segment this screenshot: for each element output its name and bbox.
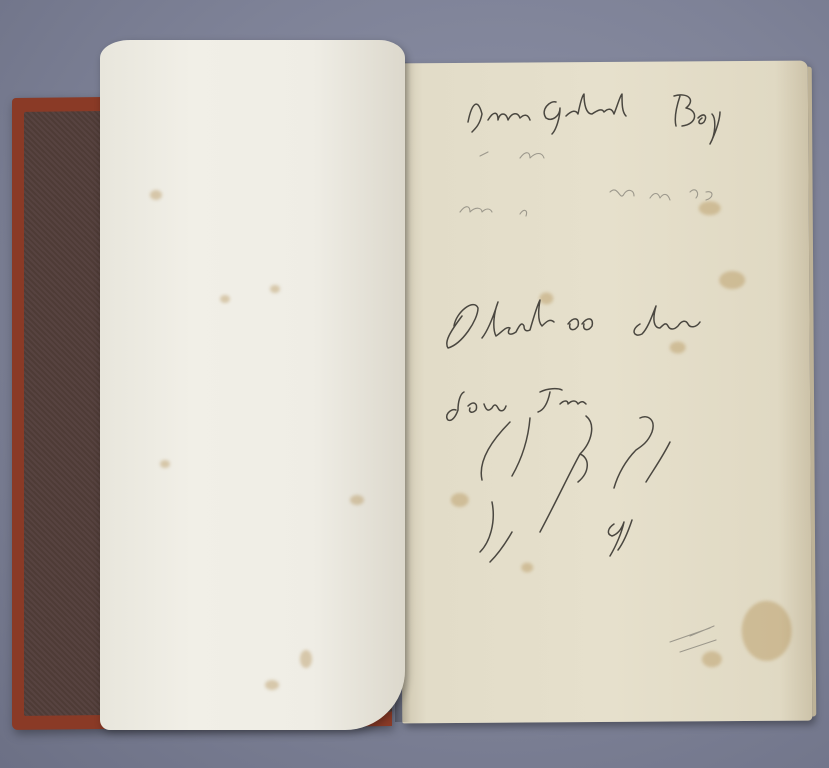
down-for-line: down for — [450, 392, 513, 408]
book-photo: William Gabriel Roy (faint, illegible) M… — [0, 0, 829, 768]
monogram: WBR — [490, 442, 525, 458]
ry-line: ry — [610, 522, 625, 538]
faint-line-1: (faint, illegible) — [460, 142, 569, 158]
owner-name: William Gabriel Roy — [460, 92, 602, 108]
monogram-script — [480, 416, 670, 562]
pencil-inscriptions: William Gabriel Roy (faint, illegible) M… — [400, 62, 810, 722]
curled-flyleaf — [100, 40, 405, 730]
stray-marks — [670, 626, 716, 652]
faint-line-2: March ... the 6 ... 73 — [460, 192, 605, 208]
clarke-line: Clarke & also — [450, 302, 547, 318]
